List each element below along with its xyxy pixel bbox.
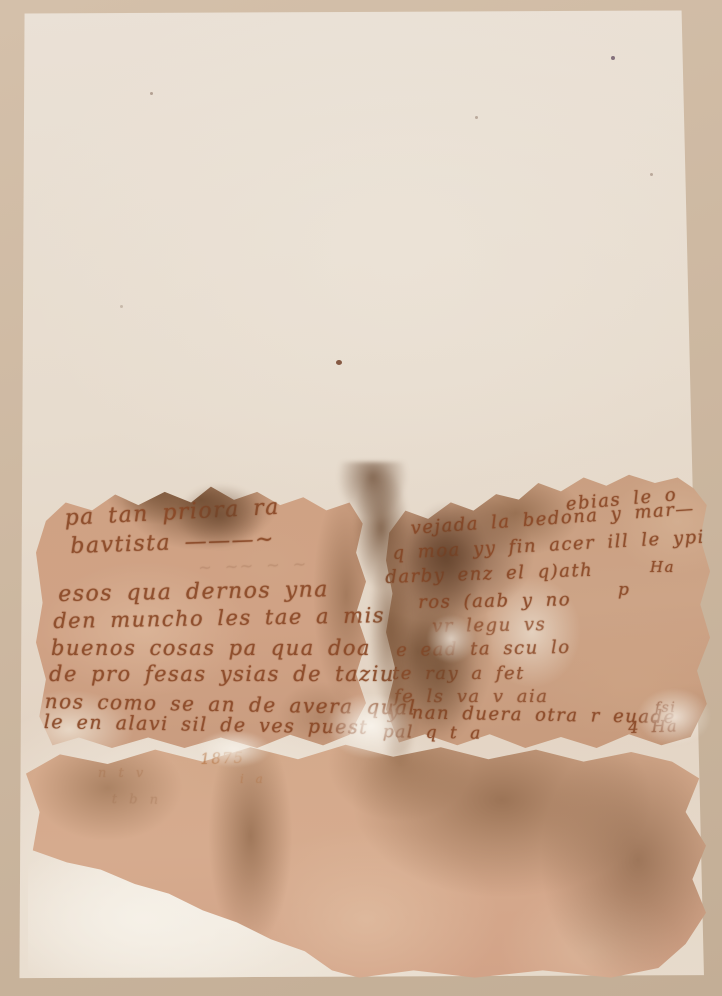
handwriting-line: n t v	[98, 766, 145, 781]
white-tear-patch	[414, 602, 488, 676]
white-tear-patch	[306, 676, 436, 776]
white-tear-patch	[178, 720, 290, 778]
white-tear-patch	[618, 674, 722, 760]
ink-smudge-left-top	[148, 460, 293, 572]
handwriting-line: t b n	[112, 792, 160, 808]
photo-of-manuscript: pa tan priora rabavtista ———~~ ~~ ~ ~eso…	[0, 0, 722, 996]
